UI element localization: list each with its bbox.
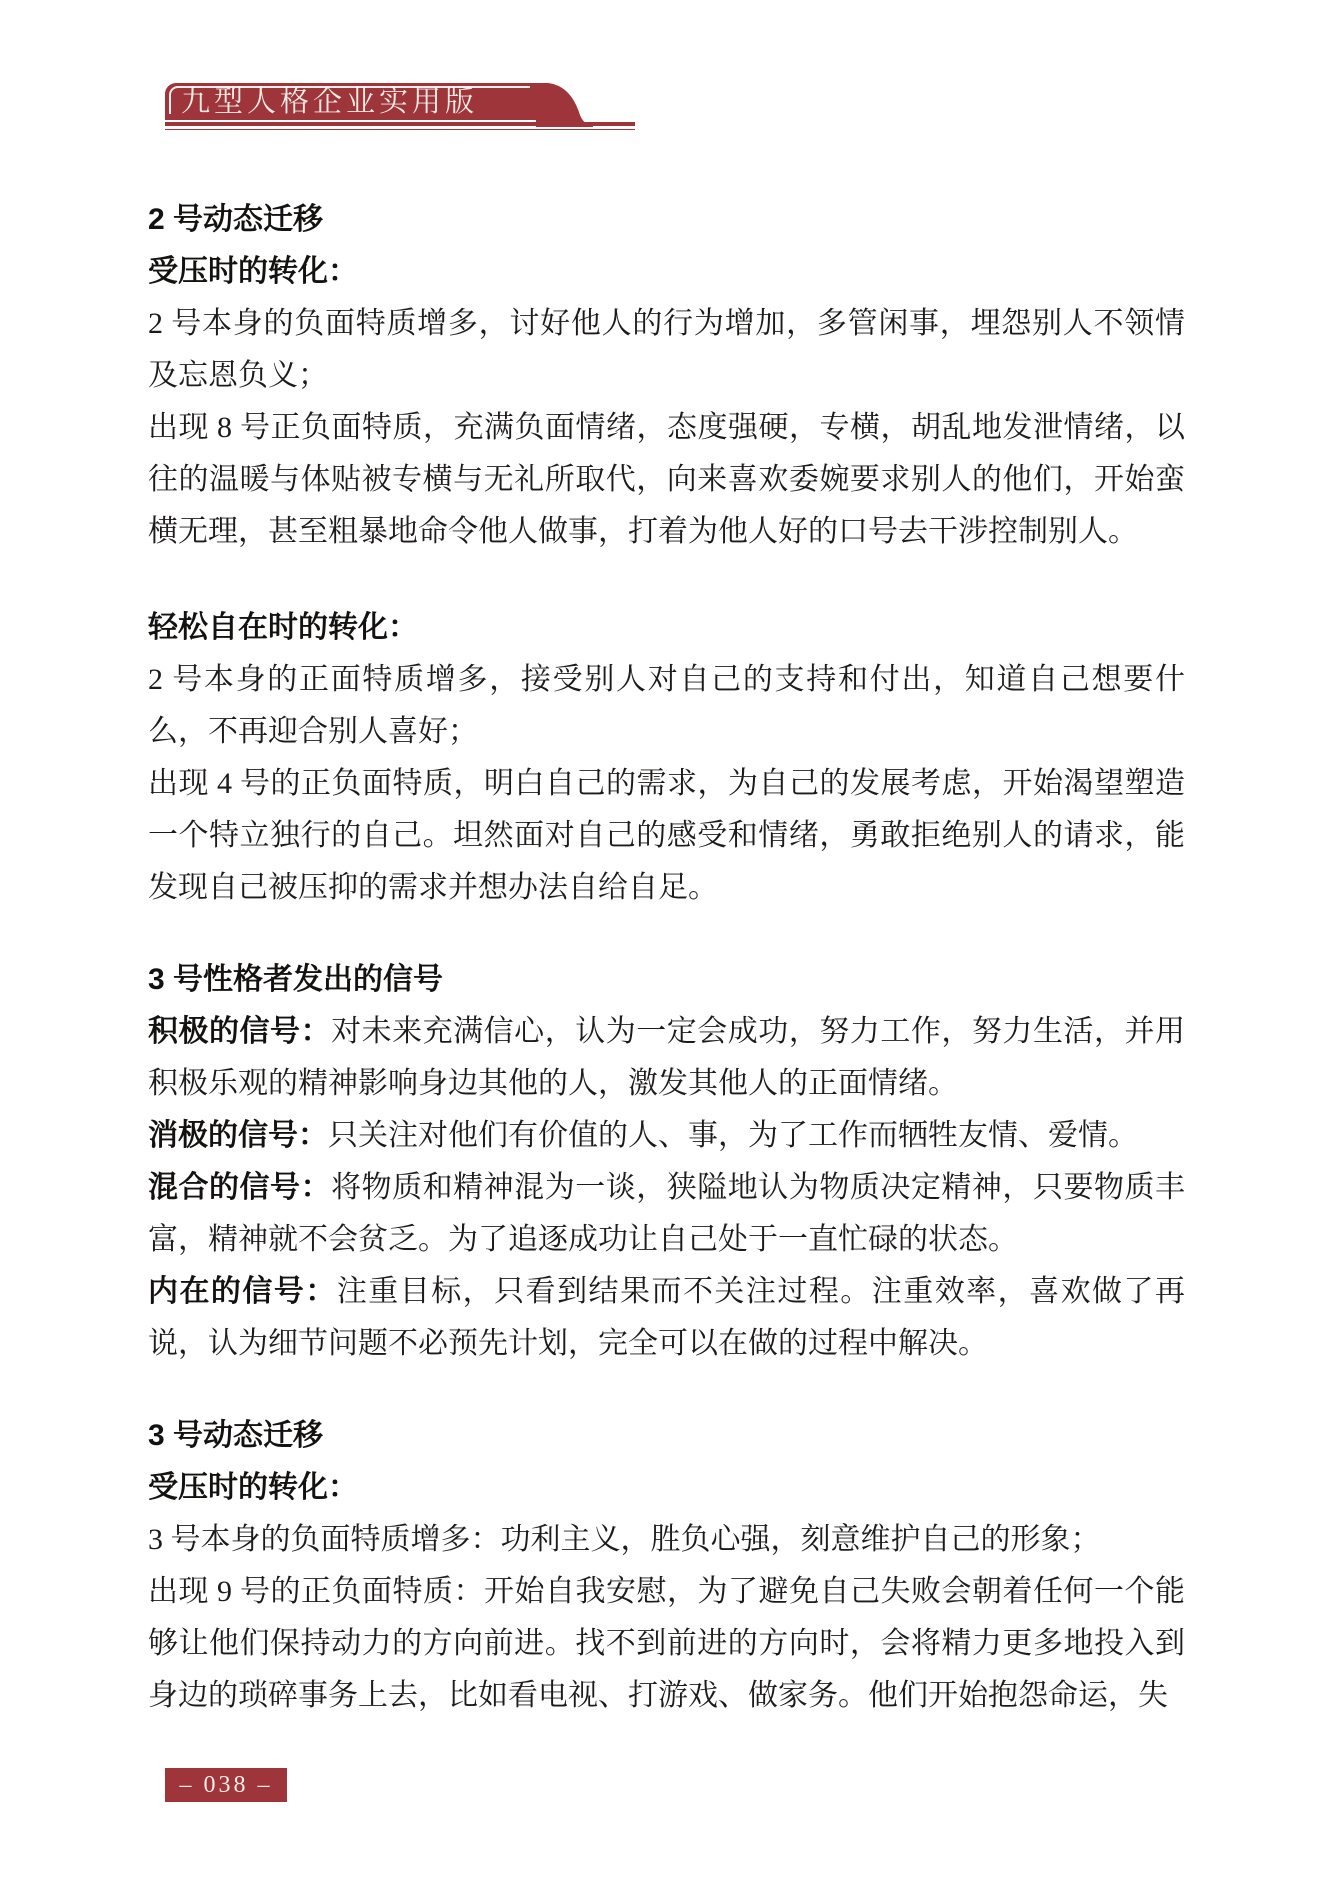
body-paragraph: 3 号本身的负面特质增多：功利主义，胜负心强，刻意维护自己的形象；	[148, 1514, 1185, 1566]
subheading-under-pressure: 受压时的转化：	[148, 246, 1185, 298]
banner-swoosh-decoration	[536, 83, 594, 127]
signal-text: 只关注对他们有价值的人、事，为了工作而牺牲友情、爱情。	[328, 1119, 1138, 1152]
signal-paragraph: 混合的信号：将物质和精神混为一谈，狭隘地认为物质决定精神，只要物质丰富，精神就不…	[148, 1162, 1185, 1266]
body-paragraph: 2 号本身的负面特质增多，讨好他人的行为增加，多管闲事，埋怨别人不领情及忘恩负义…	[148, 298, 1185, 402]
signal-label-negative: 消极的信号：	[148, 1119, 328, 1152]
document-page: 九型人格企业实用版 2 号动态迁移 受压时的转化： 2 号本身的负面特质增多，讨…	[0, 0, 1339, 1890]
subheading-at-ease: 轻松自在时的转化：	[148, 602, 1185, 654]
section-heading-type3-signals: 3 号性格者发出的信号	[148, 954, 1185, 1006]
signal-label-positive: 积极的信号：	[148, 1015, 331, 1048]
signal-label-mixed: 混合的信号：	[148, 1171, 331, 1204]
body-paragraph: 出现 4 号的正负面特质，明白自己的需求，为自己的发展考虑，开始渴望塑造一个特立…	[148, 758, 1185, 914]
chapter-banner: 九型人格企业实用版	[165, 83, 536, 120]
page-number-badge: – 038 –	[165, 1768, 287, 1802]
body-paragraph: 出现 8 号正负面特质，充满负面情绪，态度强硬，专横，胡乱地发泄情绪，以往的温暖…	[148, 402, 1185, 558]
signal-label-inner: 内在的信号：	[148, 1275, 337, 1308]
signal-paragraph: 内在的信号：注重目标，只看到结果而不关注过程。注重效率，喜欢做了再说，认为细节问…	[148, 1266, 1185, 1370]
chapter-banner-title: 九型人格企业实用版	[165, 83, 536, 122]
page-content: 2 号动态迁移 受压时的转化： 2 号本身的负面特质增多，讨好他人的行为增加，多…	[148, 194, 1185, 1722]
signal-paragraph: 积极的信号：对未来充满信心，认为一定会成功，努力工作，努力生活，并用积极乐观的精…	[148, 1006, 1185, 1110]
body-paragraph: 2 号本身的正面特质增多，接受别人对自己的支持和付出，知道自己想要什么，不再迎合…	[148, 654, 1185, 758]
section-heading-type2-migration: 2 号动态迁移	[148, 194, 1185, 246]
section-heading-type3-migration: 3 号动态迁移	[148, 1410, 1185, 1462]
body-paragraph: 出现 9 号的正负面特质：开始自我安慰，为了避免自己失败会朝着任何一个能够让他们…	[148, 1566, 1185, 1722]
signal-paragraph: 消极的信号：只关注对他们有价值的人、事，为了工作而牺牲友情、爱情。	[148, 1110, 1185, 1162]
subheading-under-pressure: 受压时的转化：	[148, 1462, 1185, 1514]
page-header: 九型人格企业实用版	[165, 83, 1339, 130]
